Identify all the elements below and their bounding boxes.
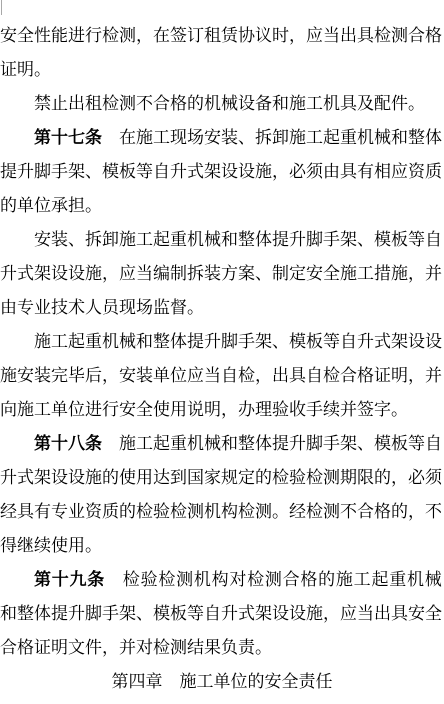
line-text: 检验检测机构对检测合格的施工起重机械 (105, 570, 442, 589)
text-cursor (1, 0, 2, 15)
line-text: 证明。 (0, 60, 51, 79)
document-line: 升式架设设施的使用达到国家规定的检验检测期限的，必须 (0, 461, 444, 495)
line-text: 由专业技术人员现场监督。 (0, 298, 204, 317)
line-text: 禁止出租检测不合格的机械设备和施工机具及配件。 (34, 94, 425, 113)
line-text: 得继续使用。 (0, 536, 102, 555)
document-line: 得继续使用。 (0, 529, 444, 563)
document-page: 安全性能进行检测，在签订租赁协议时，应当出具检测合格 证明。 禁止出租检测不合格… (0, 0, 444, 704)
document-line: 安装、拆卸施工起重机械和整体提升脚手架、模板等自 (0, 223, 444, 257)
document-line: 由专业技术人员现场监督。 (0, 291, 444, 325)
document-text-block: 安全性能进行检测，在签订租赁协议时，应当出具检测合格 证明。 禁止出租检测不合格… (0, 19, 444, 699)
line-text: 合格证明文件，并对检测结果负责。 (0, 638, 272, 657)
document-line: 第十七条 在施工现场安装、拆卸施工起重机械和整体 (0, 121, 444, 155)
line-text: 向施工单位进行安全使用说明，办理验收手续并签字。 (0, 400, 408, 419)
article-number: 第十九条 (34, 570, 105, 589)
document-line: 经具有专业资质的检验检测机构检测。经检测不合格的，不 (0, 495, 444, 529)
document-line: 提升脚手架、模板等自升式架设设施，必须由具有相应资质 (0, 155, 444, 189)
line-text: 的单位承担。 (0, 196, 102, 215)
line-text: 施安装完毕后，安装单位应当自检，出具自检合格证明，并 (0, 366, 442, 385)
document-line: 施工起重机械和整体提升脚手架、模板等自升式架设设 (0, 325, 444, 359)
document-line: 安全性能进行检测，在签订租赁协议时，应当出具检测合格 (0, 19, 444, 53)
line-text: 安全性能进行检测，在签订租赁协议时，应当出具检测合格 (0, 26, 442, 45)
line-text: 提升脚手架、模板等自升式架设设施，必须由具有相应资质 (0, 162, 442, 181)
line-text: 施工起重机械和整体提升脚手架、模板等自升式架设设 (34, 332, 442, 351)
line-text: 升式架设设施的使用达到国家规定的检验检测期限的，必须 (0, 468, 442, 487)
document-line: 合格证明文件，并对检测结果负责。 (0, 631, 444, 665)
document-line: 升式架设设施，应当编制拆装方案、制定安全施工措施，并 (0, 257, 444, 291)
line-text: 经具有专业资质的检验检测机构检测。经检测不合格的，不 (0, 502, 442, 521)
line-text: 和整体提升脚手架、模板等自升式架设设施，应当出具安全 (0, 604, 442, 623)
article-number: 第十八条 (34, 434, 102, 453)
document-line: 向施工单位进行安全使用说明，办理验收手续并签字。 (0, 393, 444, 427)
document-line: 禁止出租检测不合格的机械设备和施工机具及配件。 (0, 87, 444, 121)
chapter-heading: 第四章 施工单位的安全责任 (0, 665, 444, 699)
line-text: 施工起重机械和整体提升脚手架、模板等自 (102, 434, 442, 453)
line-text: 升式架设设施，应当编制拆装方案、制定安全施工措施，并 (0, 264, 442, 283)
chapter-heading-text: 第四章 施工单位的安全责任 (112, 672, 333, 691)
document-line: 第十八条 施工起重机械和整体提升脚手架、模板等自 (0, 427, 444, 461)
line-text: 安装、拆卸施工起重机械和整体提升脚手架、模板等自 (34, 230, 442, 249)
document-line: 第十九条 检验检测机构对检测合格的施工起重机械 (0, 563, 444, 597)
document-line: 施安装完毕后，安装单位应当自检，出具自检合格证明，并 (0, 359, 444, 393)
document-line: 和整体提升脚手架、模板等自升式架设设施，应当出具安全 (0, 597, 444, 631)
document-line: 证明。 (0, 53, 444, 87)
document-line: 的单位承担。 (0, 189, 444, 223)
line-text: 在施工现场安装、拆卸施工起重机械和整体 (102, 128, 442, 147)
article-number: 第十七条 (34, 128, 102, 147)
